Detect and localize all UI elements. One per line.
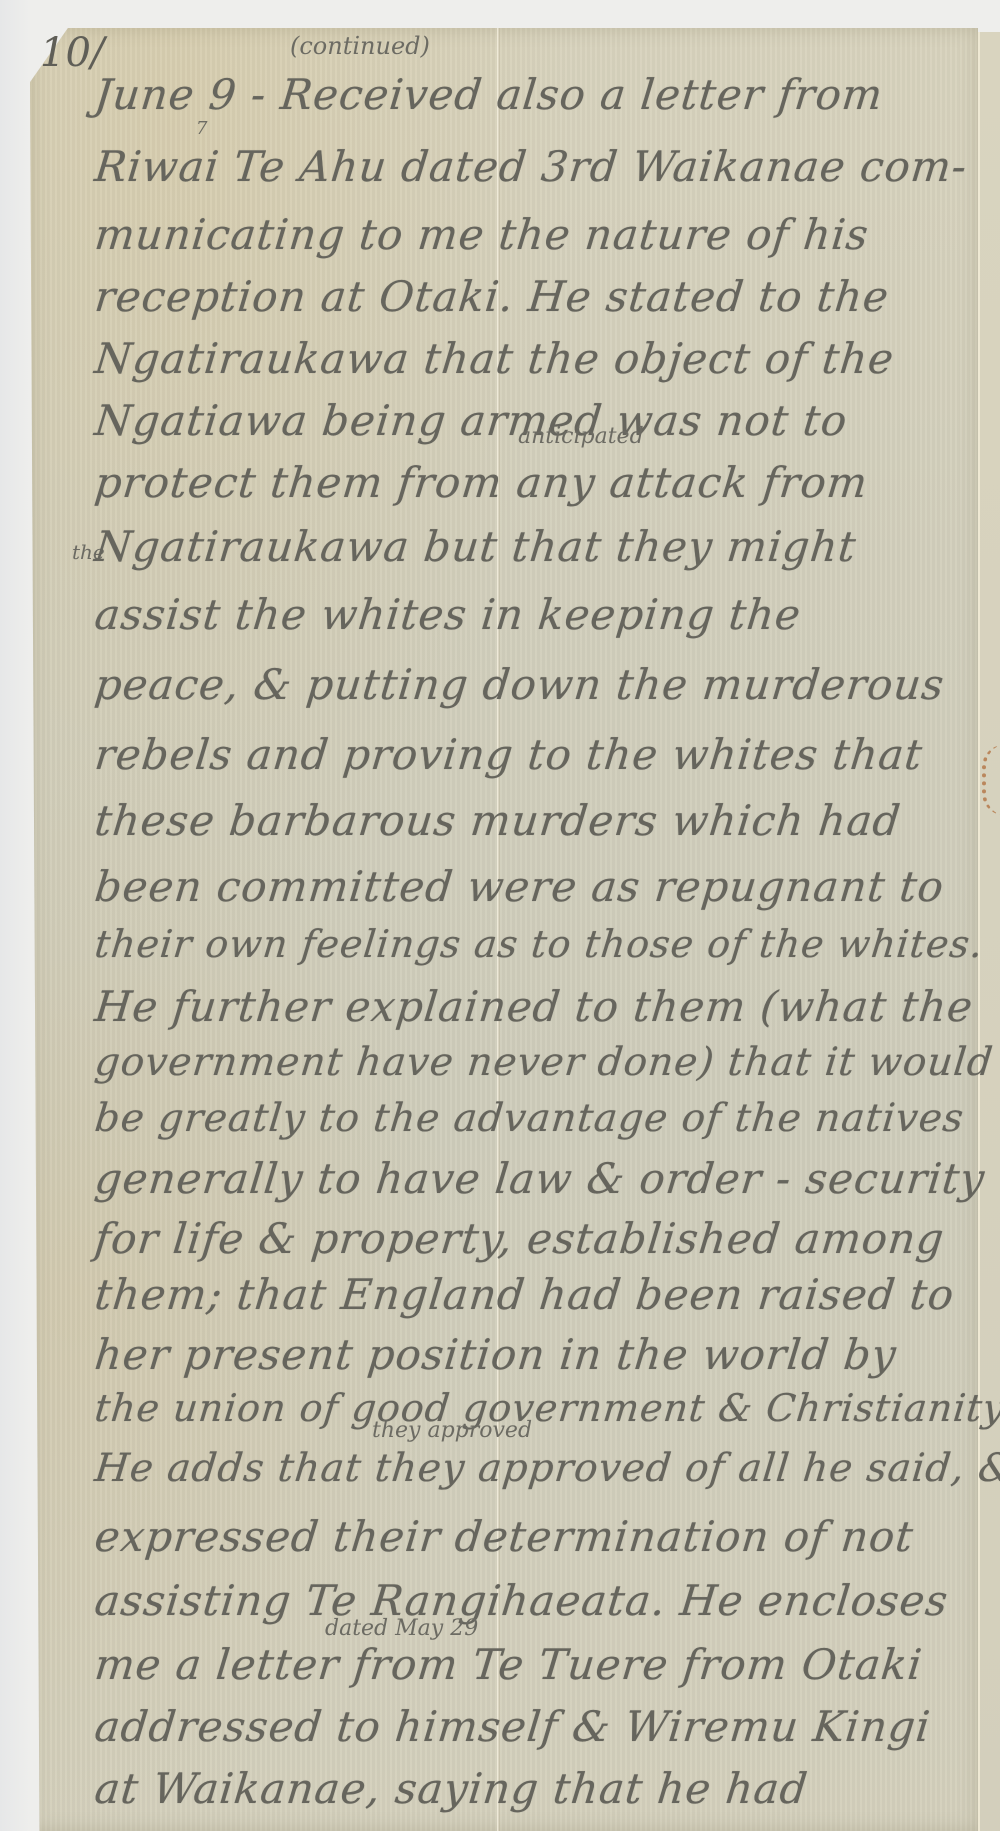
manuscript-line: rebels and proving to the whites that bbox=[92, 730, 925, 779]
manuscript-line: June 9 - Received also a letter from bbox=[92, 70, 885, 119]
insertion-anticipated: anticipated bbox=[518, 424, 644, 449]
manuscript-line: He further explained to them (what the bbox=[92, 982, 975, 1031]
manuscript-line: for life & property, established among bbox=[92, 1214, 946, 1263]
manuscript-line: government have never done) that it woul… bbox=[93, 1040, 996, 1085]
manuscript-line: Ngatiawa being armed was not to bbox=[92, 396, 850, 445]
manuscript-line: assisting Te Rangihaeata. He encloses bbox=[92, 1576, 950, 1625]
manuscript-line: peace, & putting down the murderous bbox=[92, 660, 946, 709]
manuscript-line: the union of good government & Christian… bbox=[93, 1386, 1000, 1430]
manuscript-line: municating to me the nature of his bbox=[92, 210, 871, 259]
manuscript-line: at Waikanae, saying that he had bbox=[92, 1764, 810, 1813]
manuscript-line: assist the whites in keeping the bbox=[92, 590, 803, 639]
handwritten-text: 10/ (continued) 7 June 9 - Received also… bbox=[0, 0, 1000, 1831]
manuscript-line: their own feelings as to those of the wh… bbox=[93, 922, 986, 966]
insertion-dated-may-29: dated May 29 bbox=[325, 1616, 478, 1641]
manuscript-line: expressed their determination of not bbox=[92, 1512, 916, 1561]
manuscript-line: generally to have law & order - security bbox=[92, 1154, 987, 1203]
manuscript-line: them; that England had been raised to bbox=[92, 1270, 956, 1319]
manuscript-line: Ngatiraukawa that the object of the bbox=[92, 334, 896, 383]
folio-number: 10/ bbox=[40, 30, 104, 76]
manuscript-line: been committed were as repugnant to bbox=[92, 862, 946, 911]
manuscript-line: be greatly to the advantage of the nativ… bbox=[93, 1096, 967, 1141]
insertion-they-approved: they approved bbox=[372, 1418, 532, 1443]
manuscript-line: these barbarous murders which had bbox=[92, 796, 903, 845]
manuscript-line: her present position in the world by bbox=[92, 1330, 899, 1379]
manuscript-line: me a letter from Te Tuere from Otaki bbox=[92, 1640, 924, 1689]
manuscript-line: protect them from any attack from bbox=[92, 458, 870, 507]
scanned-page: 10/ (continued) 7 June 9 - Received also… bbox=[0, 0, 1000, 1831]
continued-note: (continued) bbox=[290, 32, 430, 60]
manuscript-line: reception at Otaki. He stated to the bbox=[92, 272, 891, 321]
manuscript-line: Riwai Te Ahu dated 3rd Waikanae com- bbox=[92, 142, 969, 191]
manuscript-line: He adds that they approved of all he sai… bbox=[93, 1446, 1000, 1491]
manuscript-line: Ngatiraukawa but that they might bbox=[92, 522, 858, 571]
date-correction: 7 bbox=[196, 118, 207, 139]
manuscript-line: addressed to himself & Wiremu Kingi bbox=[92, 1702, 933, 1751]
